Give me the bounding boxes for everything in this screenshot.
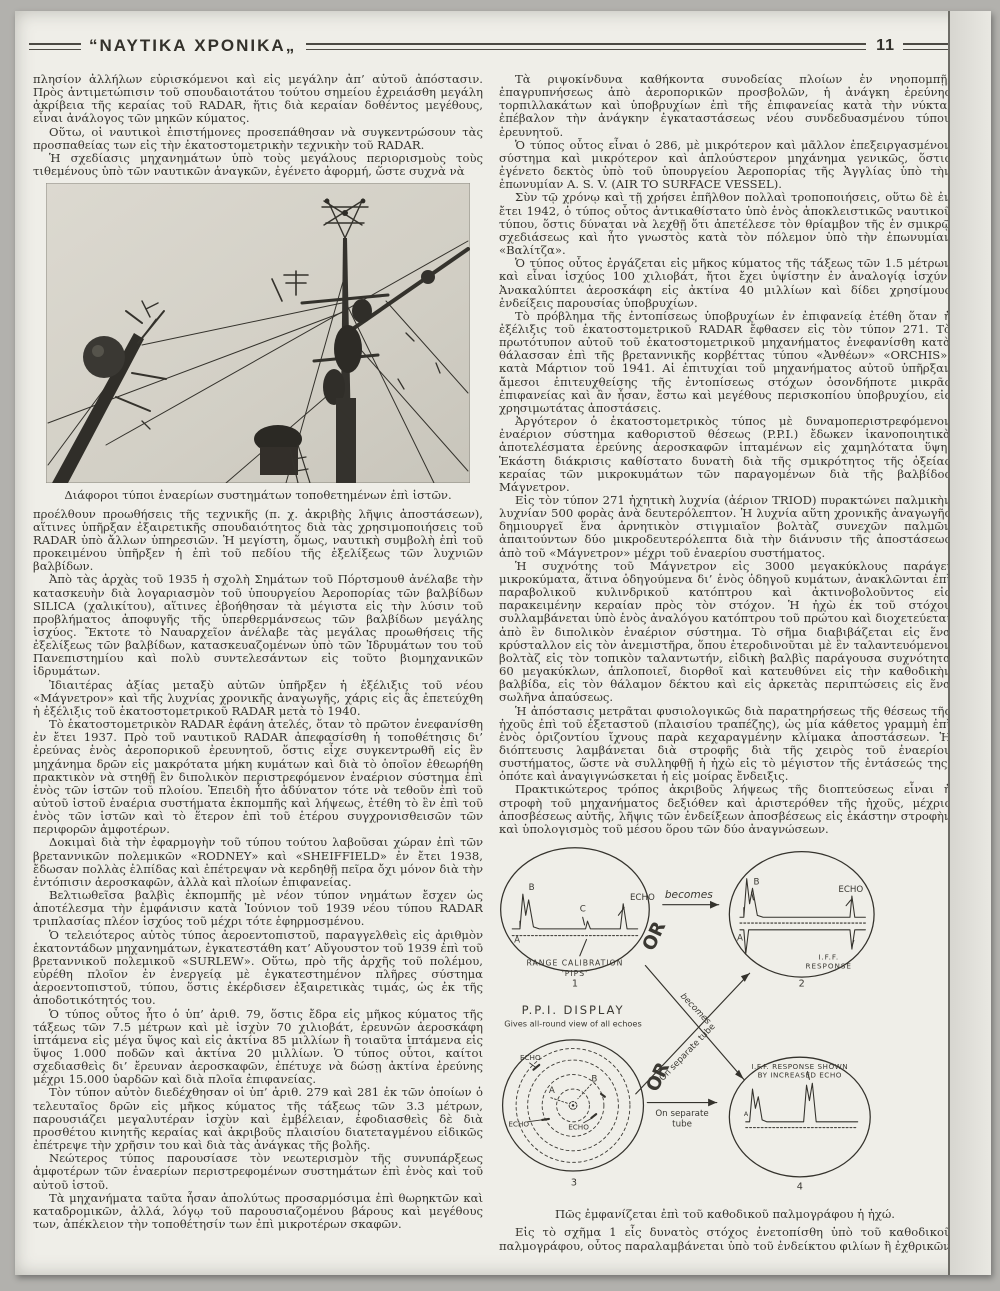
magazine-page: “ΝΑΥΤΙΚΑ ΧΡΟΝΙΚΑ„ 11 πλησίον ἀλλήλων εὑρ… xyxy=(15,11,991,1275)
header-rule-right xyxy=(903,43,949,50)
paragraph: πλησίον ἀλλήλων εὑρισκόμενοι καὶ εἰς μεγ… xyxy=(33,73,483,126)
fig3-echo1-label: ECHO xyxy=(520,1053,541,1062)
paragraph: Ἡ συχνότης τοῦ Μάγνετρον εἰς 3000 μεγακύ… xyxy=(499,560,951,705)
paragraph: Δοκιμαὶ διὰ τὴν ἐφαρμογὴν τοῦ τύπου τούτ… xyxy=(33,836,483,889)
paragraph: Ἡ σχεδίασις μηχανημάτων ὑπὸ τοὺς μεγάλου… xyxy=(33,152,483,178)
fig3-echo3-label: ECHO xyxy=(568,1123,589,1132)
fig2-label-echo: ECHO xyxy=(838,885,863,895)
fig1-caption-line1: RANGE CALIBRATION xyxy=(527,959,624,968)
paragraph: Ἰδιαιτέρας ἀξίας μεταξὺ αὐτῶν ὑπῆρξεν ἡ … xyxy=(33,679,483,718)
separate-tube-line2: tube xyxy=(672,1120,692,1130)
fig1-number: 1 xyxy=(572,979,578,990)
paragraph: Ἡ ἀπόστασις μετρᾶται φυσιολογικῶς διὰ πα… xyxy=(499,705,951,784)
masts-photo xyxy=(46,183,470,486)
paragraph: Ὁ τύπος οὗτος ἦτο ὁ ὑπ’ ἀριθ. 79, ὅστις … xyxy=(33,1008,483,1087)
paragraph: Τὰ ριψοκίνδυνα καθήκοντα συνοδείας πλοίω… xyxy=(499,73,951,139)
paragraph: Ὁ τελειότερος αὐτὸς τύπος ἀεροεντοπιστοῦ… xyxy=(33,929,483,1008)
masts-photo-sketch xyxy=(46,183,470,483)
diagram-caption: Πῶς ἐμφανίζεται ἐπὶ τοῦ καθοδικοῦ παλμογ… xyxy=(499,1208,951,1221)
fig3-label-a: A xyxy=(549,1086,555,1096)
fig4-title-line2: BY INCREASED ECHO xyxy=(758,1071,842,1080)
fig2-label-a: A xyxy=(737,933,743,943)
magazine-title: “ΝΑΥΤΙΚΑ ΧΡΟΝΙΚΑ„ xyxy=(89,36,296,56)
paragraph: Ἀργότερον ὁ ἑκατοστομετρικὸς τύπος μὲ δυ… xyxy=(499,415,951,494)
fig3-number: 3 xyxy=(571,1178,577,1189)
left-column: πλησίον ἀλλήλων εὑρισκόμενοι καὶ εἰς μεγ… xyxy=(33,73,483,1269)
fig1-caption-line2: 'PIPS' xyxy=(562,969,588,978)
fig3-echo2-label: ECHO xyxy=(508,1120,529,1129)
fig4-label-a: A xyxy=(744,1111,749,1118)
header-rule-left xyxy=(29,43,81,50)
page-gutter-shade xyxy=(950,11,991,1275)
right-column: Τὰ ριψοκίνδυνα καθήκοντα συνοδείας πλοίω… xyxy=(499,73,951,1269)
paragraph: Βελτιωθεῖσα βαλβὶς ἐκπομπῆς μὲ νέον τύπο… xyxy=(33,889,483,928)
fig2-label-b: B xyxy=(753,878,759,888)
ppi-subtitle: Gives all-round view of all echoes xyxy=(504,1018,641,1028)
fig2-number: 2 xyxy=(799,979,805,990)
paragraph: Ὁ τύπος οὗτος εἶναι ὁ 286, μὲ μικρότερον… xyxy=(499,139,951,192)
paragraph: Ὁ τύπος οὗτος ἐργάζεται εἰς μῆκος κύματο… xyxy=(499,257,951,310)
fig1-label-b: B xyxy=(529,883,535,893)
paragraph: προέλθουν προωθήσεις τῆς τεχνικῆς (π. χ.… xyxy=(33,508,483,574)
page-fold-line xyxy=(948,11,950,1275)
paragraph: Τὰ μηχανήματα ταῦτα ἦσαν ἀπολύτως προσαρ… xyxy=(33,1192,483,1231)
fig4-number: 4 xyxy=(797,1181,803,1192)
page-number: 11 xyxy=(876,37,895,55)
paragraph: Οὕτω, οἱ ναυτικοὶ ἐπιστήμονες προσεπάθησ… xyxy=(33,126,483,152)
paragraph: Τὸ ἑκατοστομετρικὸν RADAR ἐφάνη ἀτελές, … xyxy=(33,718,483,836)
paragraph: Σὺν τῷ χρόνῳ καὶ τῇ χρήσει ἐπῆλθον πολλα… xyxy=(499,191,951,257)
fig1-label-a: A xyxy=(514,935,520,945)
photo-caption: Διάφοροι τύποι ἐναερίων συστημάτων τοποθ… xyxy=(33,489,483,502)
fig3-label-b: B xyxy=(591,1074,597,1084)
paragraph: Τὸ πρόβλημα τῆς ἐντοπίσεως ὑποβρυχίων ἐν… xyxy=(499,310,951,415)
fig1-label-c: C xyxy=(580,905,586,915)
radar-scope-diagram: A B C ECHO RANGE CALIBRATION 'PIPS' 1 be… xyxy=(499,840,951,1205)
paragraph: Ἀπὸ τὰς ἀρχὰς τοῦ 1935 ἡ σχολὴ Σημάτων τ… xyxy=(33,573,483,678)
paragraph: Νεώτερος τύπος παρουσίασε τὸν νεωτερισμὸ… xyxy=(33,1152,483,1191)
header-rule-middle xyxy=(306,43,866,50)
radar-scope-figure: A B C ECHO RANGE CALIBRATION 'PIPS' 1 be… xyxy=(499,840,951,1202)
fig4-title-line1: I.F.F. RESPONSE SHOWN xyxy=(751,1062,848,1071)
fig2-response-line2: RESPONSE xyxy=(805,961,851,970)
fig2-response-line1: I.F.F. xyxy=(818,953,839,962)
closing-paragraph: Εἰς τὸ σχῆμα 1 εἷς δυνατὸς στόχος ἐνετοπ… xyxy=(499,1226,951,1252)
separate-tube-line1: On separate xyxy=(655,1109,708,1119)
or-top-label: OR xyxy=(639,918,671,954)
becomes-top-label: becomes xyxy=(665,888,713,901)
fig1-label-echo: ECHO xyxy=(630,893,655,903)
paragraph: Εἰς τὸν τύπον 271 ἠχητικὴ λυχνία (ἀέριον… xyxy=(499,494,951,560)
paragraph: Πρακτικώτερος τρόπος ἀκριβοῦς λήψεως τῆς… xyxy=(499,783,951,836)
ppi-title: P.P.I. DISPLAY xyxy=(522,1003,625,1017)
paragraph: Τὸν τύπον αὐτὸν διεδέχθησαν οἱ ὑπ’ ἀριθ.… xyxy=(33,1086,483,1152)
page-header: “ΝΑΥΤΙΚΑ ΧΡΟΝΙΚΑ„ 11 xyxy=(29,33,949,59)
